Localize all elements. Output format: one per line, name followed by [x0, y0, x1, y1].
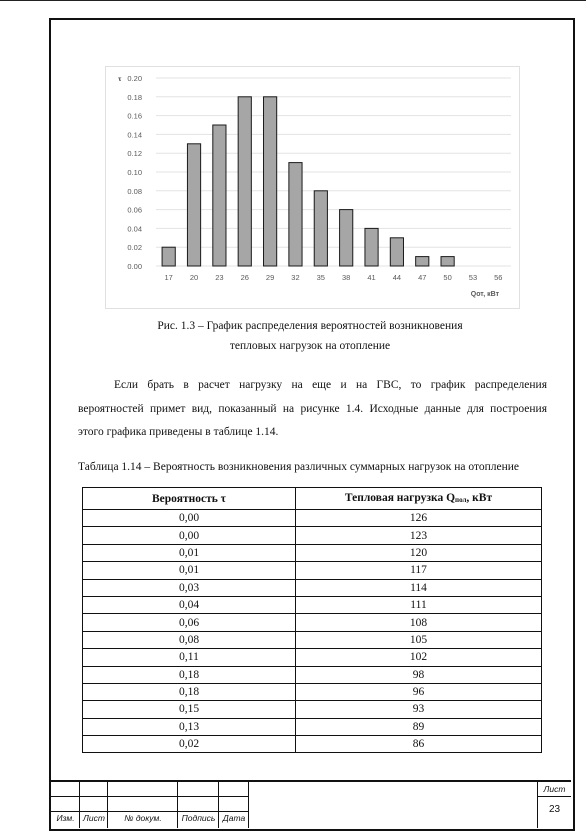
- header-heat-load: Тепловая нагрузка Qпол, кВт: [296, 488, 542, 510]
- figure-caption-line1: Рис. 1.3 – График распределения вероятно…: [60, 316, 560, 336]
- y-tick-label: 0.08: [127, 187, 142, 196]
- header-heat-load-main: Тепловая нагрузка Q: [345, 492, 455, 504]
- stamp-title-field: [249, 782, 538, 828]
- bar: [365, 228, 378, 266]
- cell-heat-load: 86: [296, 736, 542, 753]
- y-tick-label: 0.14: [127, 130, 142, 139]
- x-tick-label: 53: [469, 273, 477, 282]
- y-tick-label: 0.10: [127, 168, 142, 177]
- cell-probability: 0,18: [83, 666, 296, 683]
- bar: [441, 257, 454, 266]
- bar: [390, 238, 403, 266]
- table-row: 0,11102: [83, 649, 542, 666]
- cell-heat-load: 114: [296, 579, 542, 596]
- y-tick-label: 0.18: [127, 93, 142, 102]
- paragraph-line1: Если брать в расчет нагрузку на еще и на…: [78, 374, 547, 398]
- table-row: 0,0286: [83, 736, 542, 753]
- x-tick-label: 23: [215, 273, 223, 282]
- table-row: 0,06108: [83, 614, 542, 631]
- title-block-stamp: Изм. Лист № докум. Подпись Дата Лист 23: [51, 780, 571, 828]
- table-row: 0,1593: [83, 701, 542, 718]
- cell-heat-load: 89: [296, 718, 542, 735]
- table-row: 0,1389: [83, 718, 542, 735]
- x-tick-label: 38: [342, 273, 350, 282]
- stamp-label-list: Лист: [80, 813, 108, 823]
- table-header-row: Вероятность τ Тепловая нагрузка Qпол, кВ…: [83, 488, 542, 510]
- cell-probability: 0,08: [83, 631, 296, 648]
- x-tick-label: 41: [367, 273, 375, 282]
- cell-heat-load: 102: [296, 649, 542, 666]
- cell-probability: 0,00: [83, 510, 296, 527]
- cell-heat-load: 96: [296, 683, 542, 700]
- top-rule: [0, 0, 586, 1]
- y-tick-label: 0.04: [127, 224, 142, 233]
- stamp-label-izm: Изм.: [51, 813, 80, 823]
- stamp-hline: [51, 796, 249, 797]
- stamp-label-doc: № докум.: [108, 813, 178, 823]
- table-row: 0,08105: [83, 631, 542, 648]
- probability-chart: 0.000.020.040.060.080.100.120.140.160.18…: [105, 66, 520, 309]
- x-axis-label: Qот, кВт: [471, 291, 500, 298]
- y-tick-label: 0.16: [127, 112, 142, 121]
- cell-heat-load: 120: [296, 544, 542, 561]
- table-row: 0,03114: [83, 579, 542, 596]
- bar-chart-svg: 0.000.020.040.060.080.100.120.140.160.18…: [106, 67, 519, 308]
- cell-probability: 0,01: [83, 544, 296, 561]
- header-heat-load-subscript: пол: [455, 496, 466, 504]
- bar: [162, 247, 175, 266]
- header-heat-load-unit: , кВт: [466, 492, 492, 504]
- body-paragraph: Если брать в расчет нагрузку на еще и на…: [78, 374, 547, 445]
- cell-probability: 0,06: [83, 614, 296, 631]
- table-row: 0,01117: [83, 562, 542, 579]
- load-probability-table: Вероятность τ Тепловая нагрузка Qпол, кВ…: [82, 487, 542, 753]
- paragraph-line3: этого графика приведены в таблице 1.14.: [78, 421, 547, 445]
- table-row: 0,00123: [83, 527, 542, 544]
- bar: [213, 125, 226, 266]
- paragraph-line2: вероятностей примет вид, показанный на р…: [78, 398, 547, 422]
- cell-heat-load: 98: [296, 666, 542, 683]
- bar: [314, 191, 327, 266]
- cell-probability: 0,13: [83, 718, 296, 735]
- cell-heat-load: 93: [296, 701, 542, 718]
- table-row: 0,04111: [83, 596, 542, 613]
- cell-probability: 0,01: [83, 562, 296, 579]
- cell-probability: 0,15: [83, 701, 296, 718]
- x-tick-label: 17: [165, 273, 173, 282]
- bar: [340, 210, 353, 266]
- stamp-hline: [51, 811, 249, 812]
- x-tick-label: 26: [241, 273, 249, 282]
- y-tick-label: 0.00: [127, 262, 142, 271]
- x-tick-label: 47: [418, 273, 426, 282]
- table-row: 0,1896: [83, 683, 542, 700]
- cell-probability: 0,18: [83, 683, 296, 700]
- cell-heat-load: 108: [296, 614, 542, 631]
- table-row: 0,01120: [83, 544, 542, 561]
- cell-probability: 0,11: [83, 649, 296, 666]
- stamp-sheet-label: Лист: [538, 784, 571, 794]
- x-tick-label: 20: [190, 273, 198, 282]
- x-tick-label: 50: [443, 273, 451, 282]
- table-row: 0,1898: [83, 666, 542, 683]
- x-tick-label: 44: [393, 273, 401, 282]
- cell-probability: 0,00: [83, 527, 296, 544]
- header-probability: Вероятность τ: [83, 488, 296, 510]
- cell-probability: 0,03: [83, 579, 296, 596]
- bar: [416, 257, 429, 266]
- bar: [187, 144, 200, 266]
- bar: [289, 163, 302, 266]
- bar: [238, 97, 251, 266]
- stamp-label-date: Дата: [219, 813, 249, 823]
- y-tick-label: 0.20: [127, 74, 142, 83]
- table-row: 0,00126: [83, 510, 542, 527]
- stamp-hline: [538, 796, 571, 797]
- cell-heat-load: 123: [296, 527, 542, 544]
- sheet-number: 23: [538, 804, 571, 815]
- x-tick-label: 56: [494, 273, 502, 282]
- figure-caption-line2: тепловых нагрузок на отопление: [60, 336, 560, 356]
- x-tick-label: 29: [266, 273, 274, 282]
- cell-heat-load: 117: [296, 562, 542, 579]
- y-axis-label: τ: [118, 74, 122, 83]
- cell-heat-load: 105: [296, 631, 542, 648]
- cell-heat-load: 111: [296, 596, 542, 613]
- y-tick-label: 0.12: [127, 149, 142, 158]
- stamp-label-sign: Подпись: [178, 813, 219, 823]
- table-title: Таблица 1.14 – Вероятность возникновения…: [78, 461, 558, 473]
- cell-probability: 0,04: [83, 596, 296, 613]
- x-tick-label: 35: [317, 273, 325, 282]
- cell-heat-load: 126: [296, 510, 542, 527]
- bar: [264, 97, 277, 266]
- cell-probability: 0,02: [83, 736, 296, 753]
- y-tick-label: 0.06: [127, 206, 142, 215]
- y-tick-label: 0.02: [127, 243, 142, 252]
- x-tick-label: 32: [291, 273, 299, 282]
